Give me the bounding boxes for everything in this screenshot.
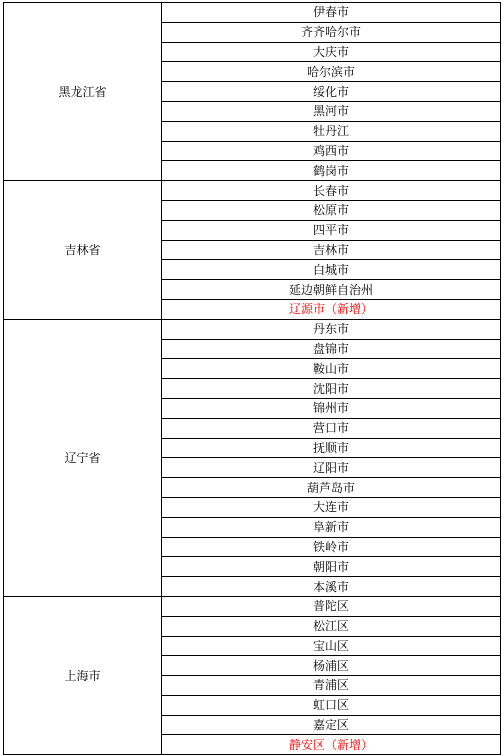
city-cell: 锦州市 <box>162 398 501 418</box>
city-cell: 朝阳市 <box>162 557 501 577</box>
province-cell: 黑龙江省 <box>4 3 162 181</box>
city-cell: 抚顺市 <box>162 438 501 458</box>
city-cell: 盘锦市 <box>162 339 501 359</box>
city-cell: 宝山区 <box>162 636 501 656</box>
city-cell: 吉林市 <box>162 240 501 260</box>
table-row: 上海市 普陀区 <box>4 596 501 616</box>
city-cell: 本溪市 <box>162 577 501 597</box>
city-cell: 葫芦岛市 <box>162 478 501 498</box>
province-cell: 辽宁省 <box>4 319 162 596</box>
city-cell: 齐齐哈尔市 <box>162 22 501 42</box>
city-cell: 普陀区 <box>162 596 501 616</box>
city-cell-new: 辽源市（新增） <box>162 299 501 319</box>
city-cell: 黑河市 <box>162 101 501 121</box>
city-cell: 白城市 <box>162 260 501 280</box>
city-cell: 绥化市 <box>162 82 501 102</box>
city-cell: 长春市 <box>162 181 501 201</box>
city-cell: 松江区 <box>162 616 501 636</box>
city-cell: 松原市 <box>162 200 501 220</box>
city-cell: 牡丹江 <box>162 121 501 141</box>
city-cell: 鞍山市 <box>162 359 501 379</box>
table-row: 吉林省 长春市 <box>4 181 501 201</box>
city-cell: 沈阳市 <box>162 379 501 399</box>
city-cell: 辽阳市 <box>162 458 501 478</box>
city-cell: 铁岭市 <box>162 537 501 557</box>
table-row: 黑龙江省 伊春市 <box>4 3 501 23</box>
city-cell: 哈尔滨市 <box>162 62 501 82</box>
city-cell: 鸡西市 <box>162 141 501 161</box>
city-cell: 营口市 <box>162 418 501 438</box>
city-cell: 大庆市 <box>162 42 501 62</box>
city-cell: 大连市 <box>162 497 501 517</box>
city-cell: 丹东市 <box>162 319 501 339</box>
table-row: 辽宁省 丹东市 <box>4 319 501 339</box>
city-cell: 阜新市 <box>162 517 501 537</box>
city-cell: 鹤岗市 <box>162 161 501 181</box>
province-cell: 吉林省 <box>4 181 162 320</box>
city-cell: 虹口区 <box>162 695 501 715</box>
city-cell: 杨浦区 <box>162 656 501 676</box>
city-cell: 延边朝鲜自治州 <box>162 280 501 300</box>
city-cell: 青浦区 <box>162 676 501 696</box>
city-cell: 伊春市 <box>162 3 501 23</box>
province-cell: 上海市 <box>4 596 162 754</box>
city-cell: 四平市 <box>162 220 501 240</box>
city-cell: 嘉定区 <box>162 715 501 735</box>
city-cell-new: 静安区（新增） <box>162 735 501 755</box>
region-table: 黑龙江省 伊春市 齐齐哈尔市 大庆市 哈尔滨市 绥化市 黑河市 牡丹江 鸡西市 … <box>3 2 501 755</box>
